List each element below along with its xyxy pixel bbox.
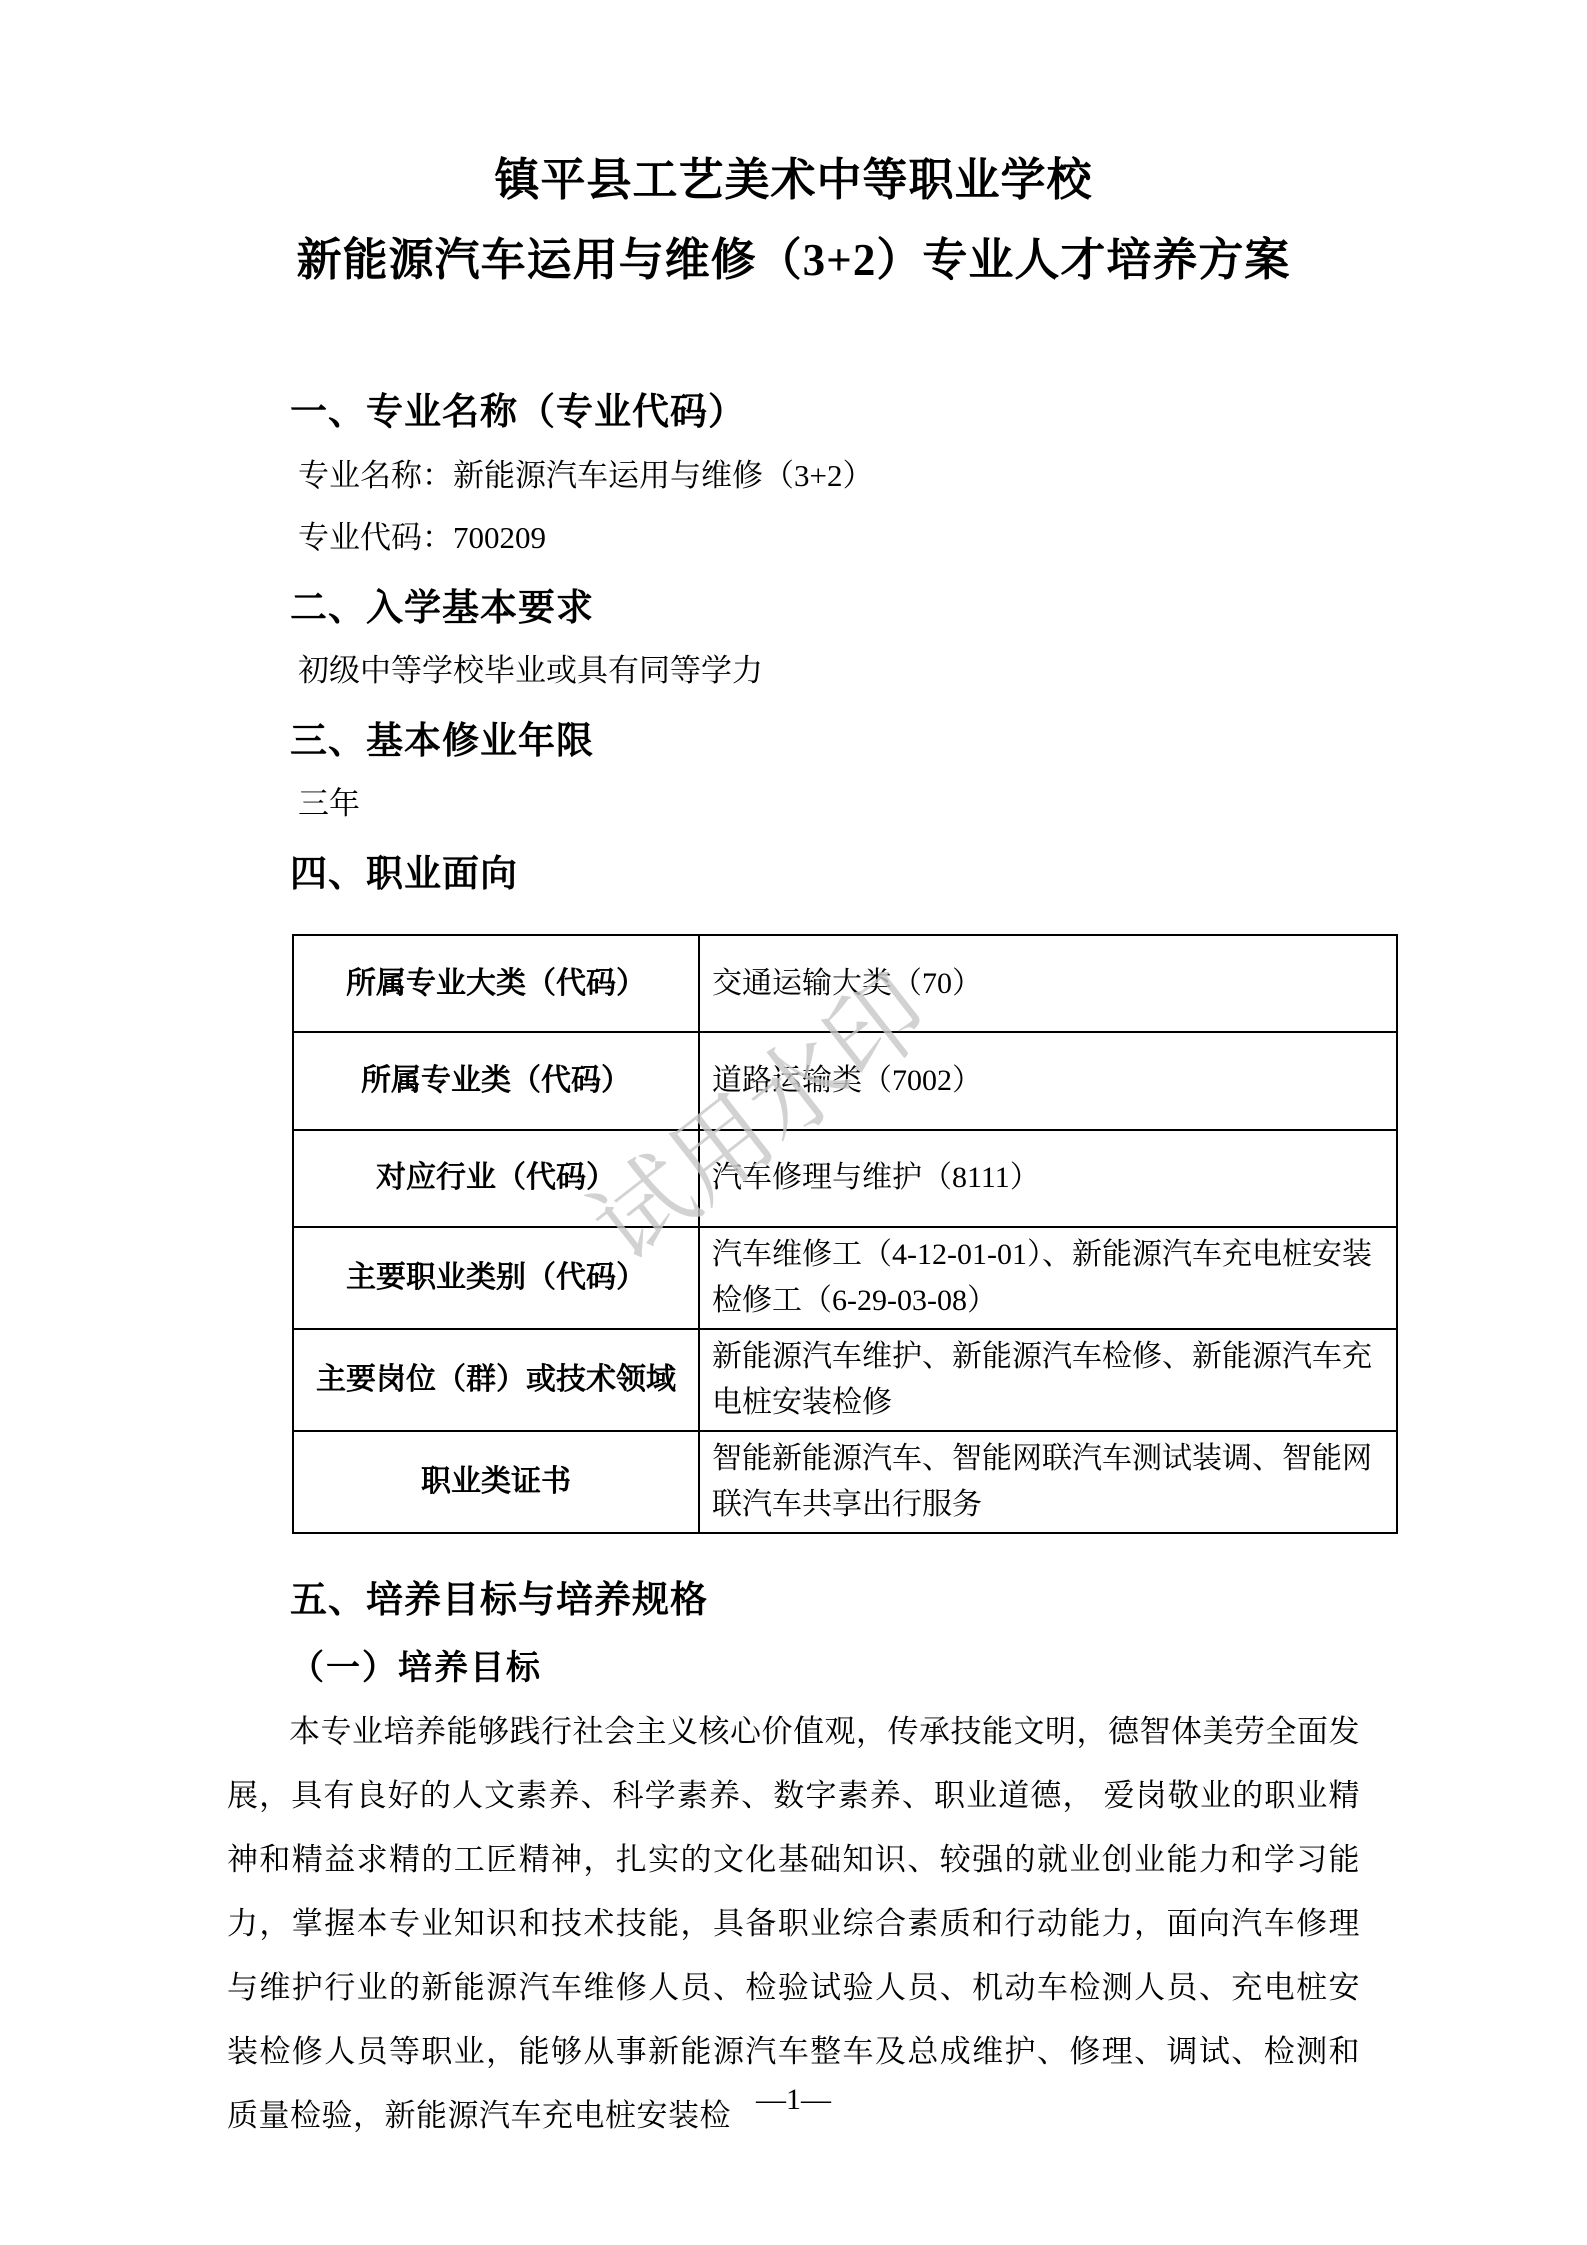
training-objective-paragraph: 本专业培养能够践行社会主义核心价值观，传承技能文明，德智体美劳全面发展，具有良好… [227, 1700, 1360, 2148]
career-orientation-table: 所属专业大类（代码） 交通运输大类（70） 所属专业类（代码） 道路运输类（70… [292, 934, 1398, 1534]
table-row: 所属专业大类（代码） 交通运输大类（70） [294, 936, 1396, 1031]
table-row: 主要岗位（群）或技术领域 新能源汽车维护、新能源汽车检修、新能源汽车充电桩安装检… [294, 1328, 1396, 1430]
table-row-label: 所属专业大类（代码） [294, 936, 700, 1031]
major-code-line: 专业代码：700209 [298, 519, 546, 557]
document-title-line2: 新能源汽车运用与维修（3+2）专业人才培养方案 [0, 230, 1587, 290]
table-row-label: 所属专业类（代码） [294, 1033, 700, 1128]
table-row: 对应行业（代码） 汽车修理与维护（8111） [294, 1129, 1396, 1226]
major-name-line: 专业名称：新能源汽车运用与维修（3+2） [298, 457, 873, 495]
table-row-value: 智能新能源汽车、智能网联汽车测试装调、智能网联汽车共享出行服务 [700, 1432, 1396, 1532]
table-row-value: 道路运输类（7002） [700, 1033, 1396, 1128]
table-row-value: 汽车维修工（4-12-01-01）、新能源汽车充电桩安装检修工（6-29-03-… [700, 1228, 1396, 1328]
table-row-label: 职业类证书 [294, 1432, 700, 1532]
table-row-value: 新能源汽车维护、新能源汽车检修、新能源汽车充电桩安装检修 [700, 1330, 1396, 1430]
table-row-value: 交通运输大类（70） [700, 936, 1396, 1031]
document-page: 镇平县工艺美术中等职业学校 新能源汽车运用与维修（3+2）专业人才培养方案 一、… [0, 0, 1587, 2245]
table-row-label: 主要职业类别（代码） [294, 1228, 700, 1328]
table-row-label: 对应行业（代码） [294, 1131, 700, 1226]
section5-heading: 五、培养目标与培养规格 [290, 1578, 708, 1622]
document-title-line1: 镇平县工艺美术中等职业学校 [0, 150, 1587, 210]
table-row-value: 汽车修理与维护（8111） [700, 1131, 1396, 1226]
table-row: 主要职业类别（代码） 汽车维修工（4-12-01-01）、新能源汽车充电桩安装检… [294, 1226, 1396, 1328]
section1-heading: 一、专业名称（专业代码） [290, 390, 746, 434]
admission-requirement-line: 初级中等学校毕业或具有同等学力 [298, 652, 763, 690]
section4-heading: 四、职业面向 [290, 852, 518, 896]
page-number: —1— [0, 2082, 1587, 2118]
table-row-label: 主要岗位（群）或技术领域 [294, 1330, 700, 1430]
table-row: 所属专业类（代码） 道路运输类（7002） [294, 1031, 1396, 1128]
section2-heading: 二、入学基本要求 [290, 586, 594, 630]
study-duration-line: 三年 [298, 785, 360, 823]
table-row: 职业类证书 智能新能源汽车、智能网联汽车测试装调、智能网联汽车共享出行服务 [294, 1430, 1396, 1532]
section3-heading: 三、基本修业年限 [290, 719, 594, 763]
training-objective-subheading: （一）培养目标 [290, 1648, 542, 1690]
